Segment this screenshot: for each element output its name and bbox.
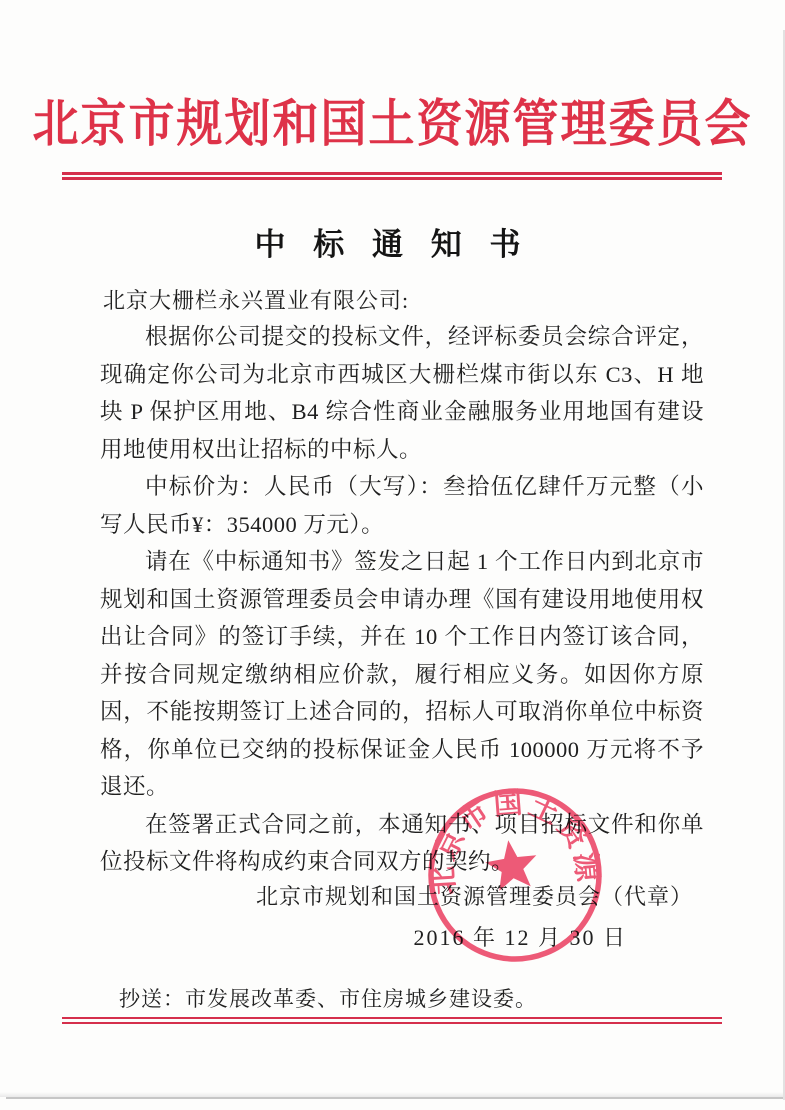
cc-line: 抄送：市发展改革委、市住房城乡建设委。 [119,983,537,1013]
document-title: 中 标 通 知 书 [0,219,785,264]
bottom-red-rule [62,1017,722,1024]
agency-header-title: 北京市规划和国土资源管理委员会 [0,84,785,157]
body-paragraph: 根据你公司提交的投标文件，经评标委员会综合评定，现确定你公司为北京市西城区大栅栏… [100,318,704,468]
official-seal: 北京市国土资源 [417,777,613,973]
seal-arc-text: 北京市国土资源 [427,786,604,896]
header-red-rule [62,172,722,180]
document-body: 根据你公司提交的投标文件，经评标委员会综合评定，现确定你公司为北京市西城区大栅栏… [100,318,704,881]
body-paragraph: 请在《中标通知书》签发之日起 1 个工作日内到北京市规划和国土资源管理委员会申请… [100,543,704,806]
seal-arc-text-holder: 北京市国土资源 [427,786,604,896]
star-icon [483,837,541,892]
document-page: 北京市规划和国土资源管理委员会 中 标 通 知 书 北京大栅栏永兴置业有限公司:… [0,0,785,1110]
body-paragraph: 在签署正式合同之前，本通知书、项目招标文件和你单位投标文件将构成约束合同双方的契… [100,806,704,881]
addressee-line: 北京大栅栏永兴置业有限公司: [103,284,409,315]
body-paragraph: 中标价为：人民币（大写）：叁拾伍亿肆仟万元整（小写人民币¥：354000 万元）… [100,468,704,543]
page-bottom-edge [6,1097,785,1099]
